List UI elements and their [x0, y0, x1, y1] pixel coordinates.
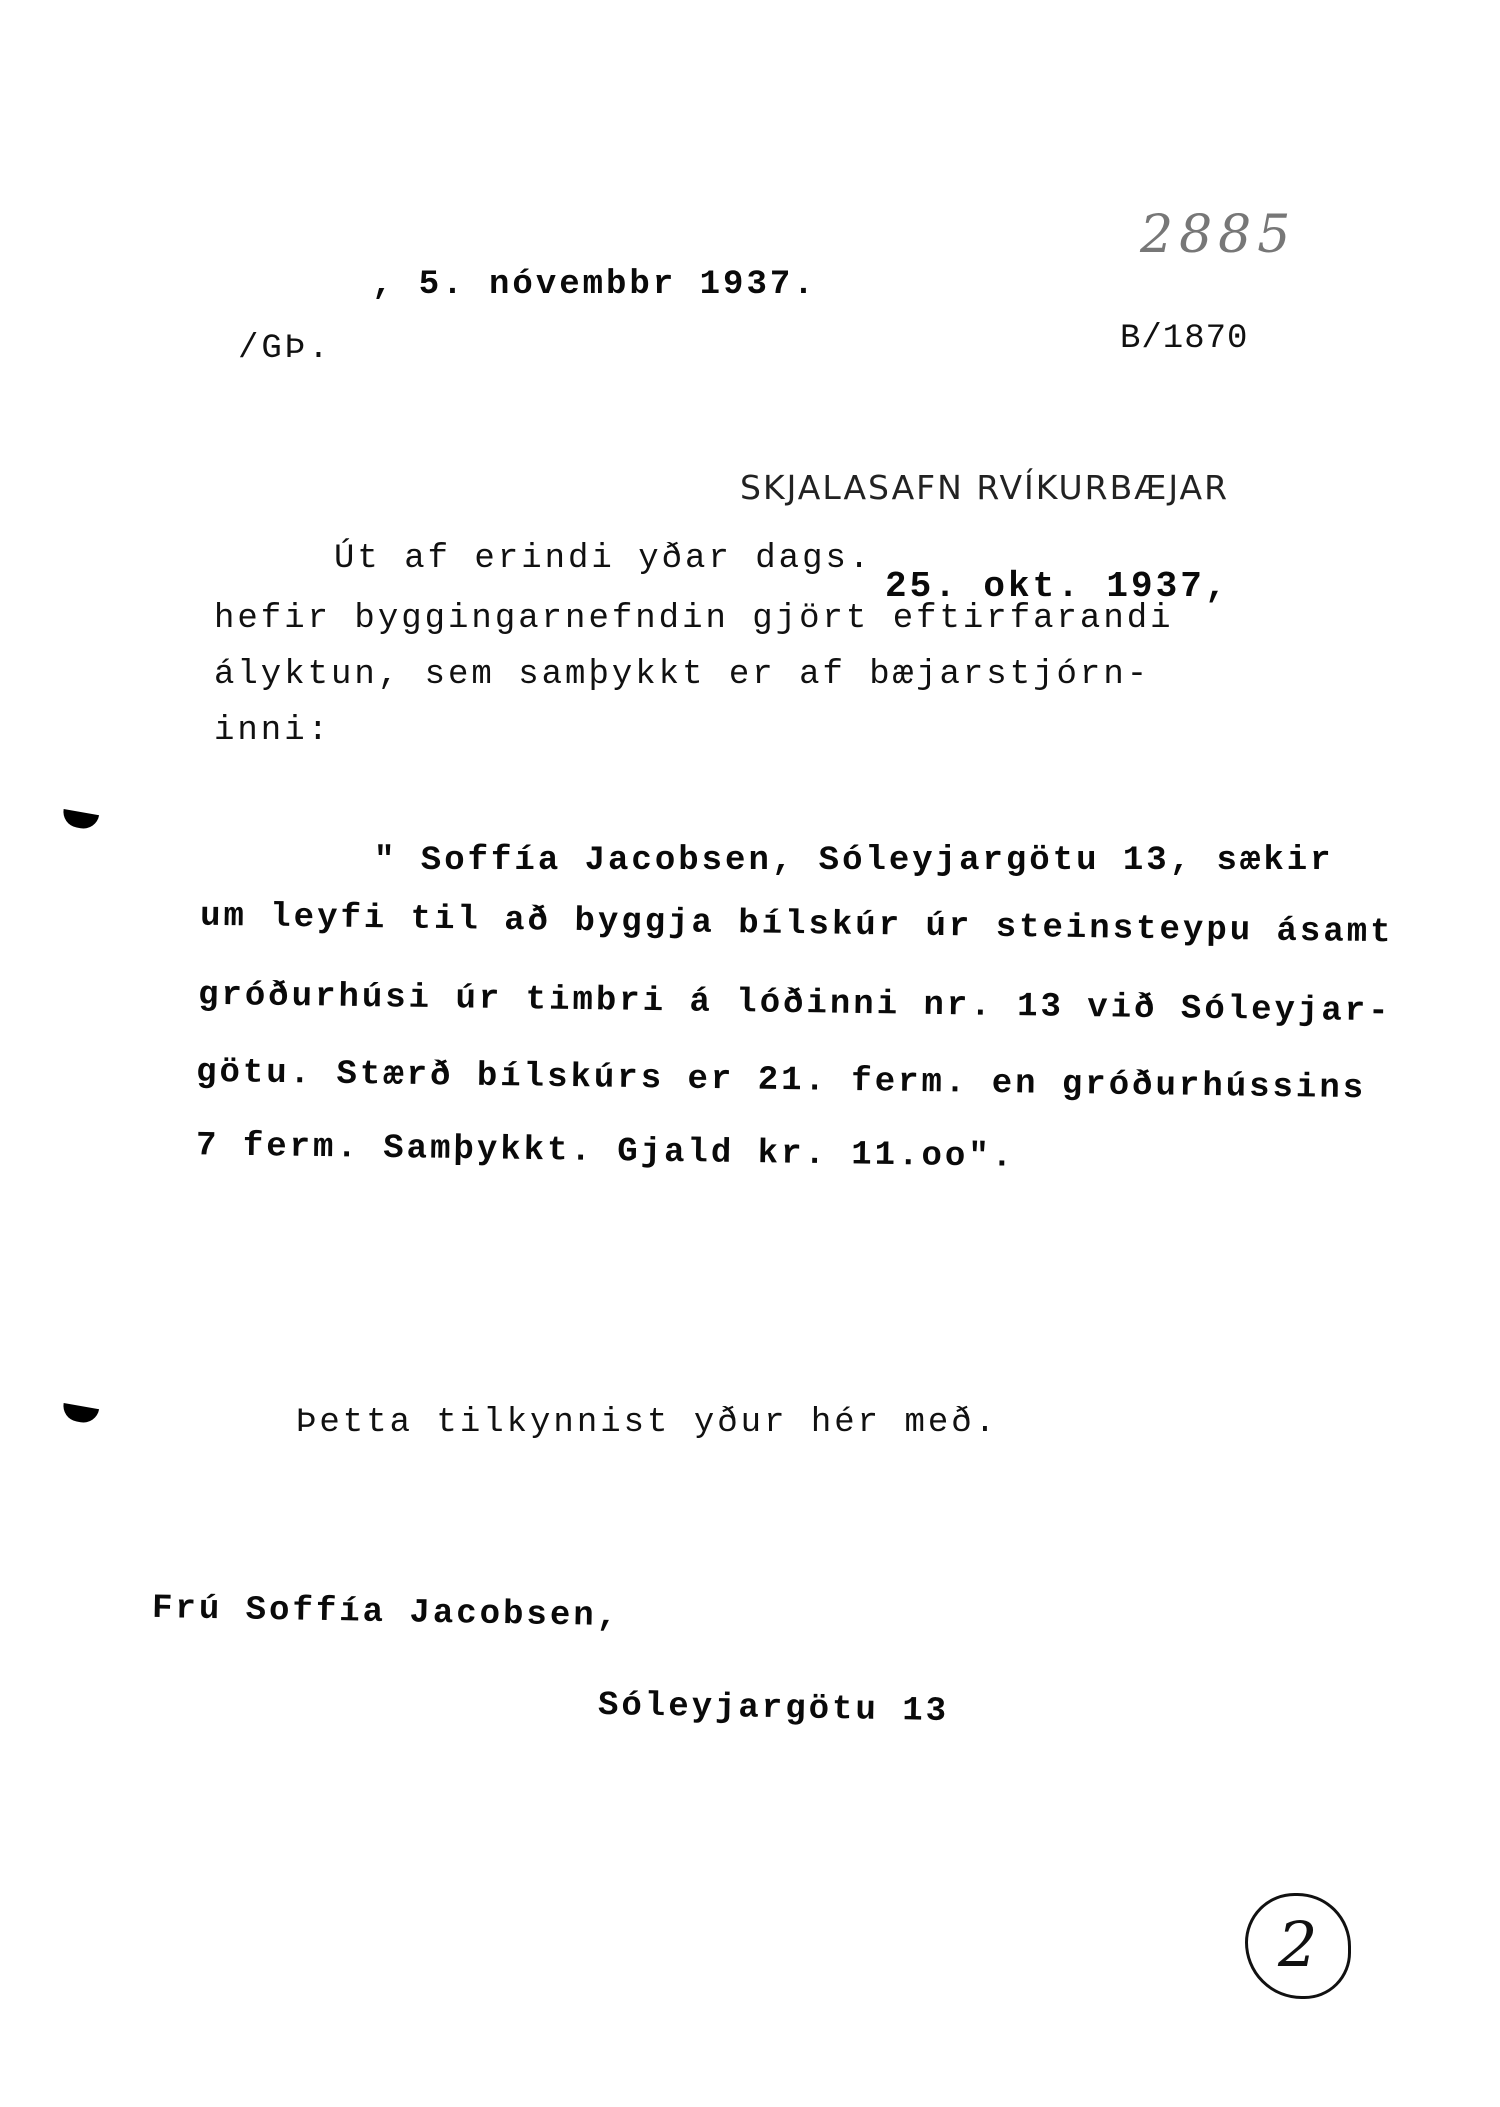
margin-mark	[61, 1403, 99, 1425]
archive-stamp: SKJALASAFN RVÍKURBÆJAR	[740, 468, 1229, 507]
intro-line: Út af erindi yðar dags.	[334, 540, 872, 578]
resolution-line: 7 ferm. Samþykkt. Gjald kr. 11.oo".	[196, 1127, 1016, 1176]
reference-number: B/1870	[1120, 320, 1248, 358]
intro-line: hefir byggingarnefndin gjört eftirfarand…	[214, 600, 1174, 638]
intro-line: ályktun, sem samþykkt er af bæjarstjórn-	[214, 656, 1150, 694]
resolution-line: um leyfi til að byggja bílskúr úr steins…	[200, 898, 1394, 953]
resolution-line: gróðurhúsi úr timbri á lóðinni nr. 13 vi…	[198, 977, 1392, 1032]
letter-date: , 5. nóvembbr 1937.	[372, 266, 817, 304]
recipient-name: Frú Soffía Jacobsen,	[152, 1590, 621, 1636]
resolution-line: " Soffía Jacobsen, Sóleyjargötu 13, sæki…	[374, 842, 1334, 880]
intro-line: inni:	[214, 712, 331, 750]
page-number-circled: 2	[1245, 1893, 1351, 1999]
recipient-address: Sóleyjargötu 13	[598, 1687, 950, 1731]
page-number: 2	[1278, 1908, 1317, 1981]
initials: /GÞ.	[238, 330, 332, 368]
margin-mark	[61, 809, 99, 831]
handwritten-archive-number: 2885	[1140, 205, 1296, 265]
resolution-line: götu. Stærð bílskúrs er 21. ferm. en gró…	[196, 1054, 1367, 1108]
notice-line: Þetta tilkynnist yður hér með.	[296, 1404, 998, 1442]
